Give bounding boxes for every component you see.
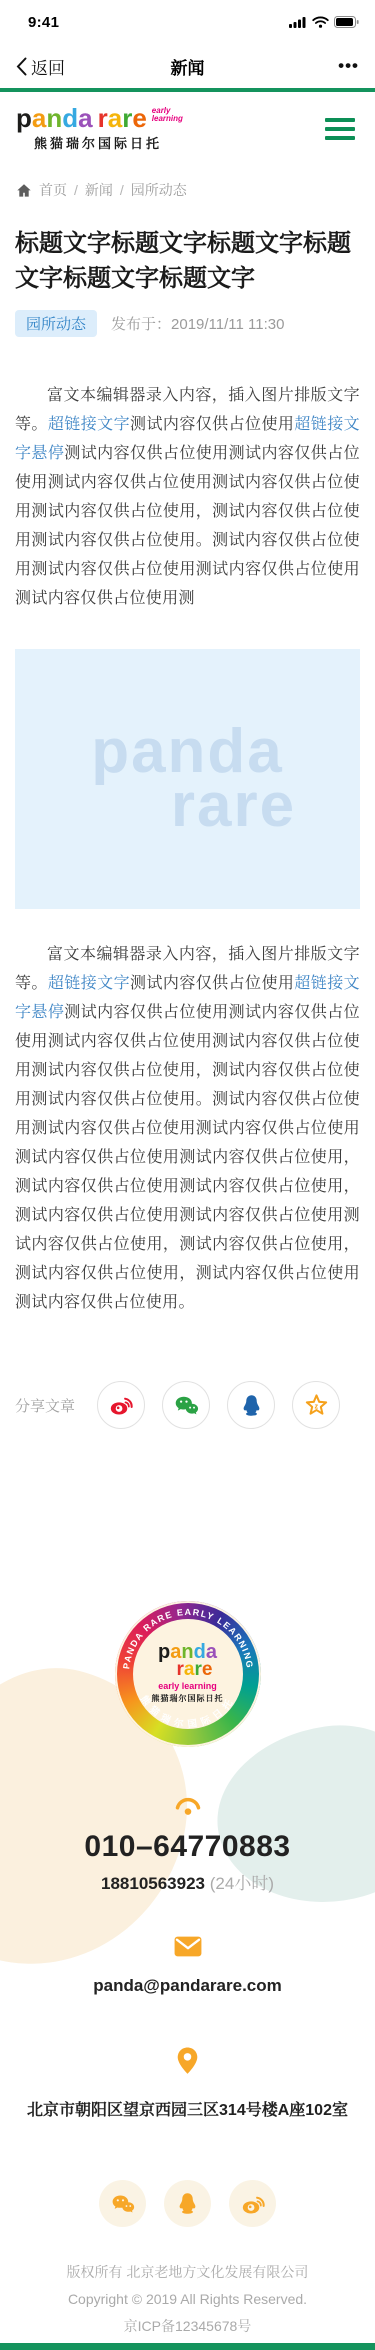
copyright: 版权所有 北京老地方文化发展有限公司 Copyright © 2019 All … xyxy=(67,2259,309,2340)
published-time: 发布于：2019/11/11 11:30 xyxy=(111,313,284,334)
nav-bar: 新闻 返回 ••• xyxy=(0,44,375,88)
envelope-icon xyxy=(174,1936,202,1957)
share-buttons: z xyxy=(97,1381,340,1429)
breadcrumb-news[interactable]: 新闻 xyxy=(85,180,113,200)
page: 9:41 新闻 返回 xyxy=(0,0,375,2350)
paragraph-1: 富文本编辑器录入内容，插入图片排版文字等。超链接文字测试内容仅供占位使用超链接文… xyxy=(15,381,360,613)
copyright-line: 京ICP备12345678号 xyxy=(67,2313,309,2340)
share-weibo-button[interactable] xyxy=(97,1381,145,1429)
copyright-line: 版权所有 北京老地方文化发展有限公司 xyxy=(67,2259,309,2286)
phone-icon-wrap xyxy=(174,1795,202,1822)
logo-wordmark: panda rare early learning xyxy=(16,106,183,130)
bottom-green-bar xyxy=(0,2343,375,2350)
breadcrumb: 首页 / 新闻 / 园所动态 xyxy=(16,180,359,200)
mail-icon-wrap xyxy=(174,1936,202,1962)
hyperlink[interactable]: 超链接文字 xyxy=(48,416,130,433)
breadcrumb-separator: / xyxy=(120,182,124,198)
share-wechat-button[interactable] xyxy=(162,1381,210,1429)
more-menu-button[interactable]: ••• xyxy=(338,56,359,76)
email-address[interactable]: panda@pandarare.com xyxy=(93,1976,282,1996)
article: 标题文字标题文字标题文字标题文字标题文字标题文字 园所动态 发布于：2019/1… xyxy=(0,226,375,1317)
footer: panda rare early learning 熊猫瑞尔国际日托 PANDA… xyxy=(0,1429,375,2340)
paragraph-text: 测试内容仅供占位使用测试内容仅供占位使用测试内容仅供占位使用测试内容仅供占位使用… xyxy=(15,1004,360,1311)
phone-secondary-note: (24小时) xyxy=(210,1874,274,1893)
paragraph-text: 测试内容仅供占位使用 xyxy=(130,416,294,433)
phone-secondary-number: 18810563923 xyxy=(101,1874,205,1893)
paragraph-text: 测试内容仅供占位使用测试内容仅供占位使用测试内容仅供占位使用测试内容仅供占位使用… xyxy=(15,445,360,607)
back-button[interactable]: 返回 xyxy=(16,54,65,79)
footer-wechat-button[interactable] xyxy=(99,2180,146,2227)
breadcrumb-home[interactable]: 首页 xyxy=(39,180,67,200)
qq-icon xyxy=(175,2191,200,2216)
status-bar: 9:41 xyxy=(0,0,375,44)
site-logo[interactable]: panda rare early learning 熊猫瑞尔国际日托 xyxy=(16,106,183,152)
wifi-icon xyxy=(312,16,329,28)
breadcrumb-current[interactable]: 园所动态 xyxy=(131,180,187,200)
company-address: 北京市朝阳区望京西园三区314号楼A座102室 xyxy=(27,2097,348,2120)
location-pin-icon xyxy=(175,2046,200,2076)
back-chevron-icon xyxy=(16,57,27,76)
copyright-line: Copyright © 2019 All Rights Reserved. xyxy=(67,2286,309,2313)
weibo-icon xyxy=(240,2191,266,2217)
paragraph-text: 测试内容仅供占位使用 xyxy=(130,975,294,992)
status-icons xyxy=(289,16,359,28)
site-header: panda rare early learning 熊猫瑞尔国际日托 xyxy=(0,92,375,166)
badge-ring-text: PANDA RARE EARLY LEARNING 熊猫瑞尔国际日托 xyxy=(115,1601,261,1747)
qq-icon xyxy=(239,1393,264,1418)
footer-social-buttons xyxy=(99,2180,276,2227)
svg-text:熊猫瑞尔国际日托: 熊猫瑞尔国际日托 xyxy=(137,1693,237,1730)
phone-number-main[interactable]: 010–64770883 xyxy=(84,1830,290,1864)
cellular-signal-icon xyxy=(289,16,307,28)
hyperlink[interactable]: 超链接文字 xyxy=(48,975,130,992)
svg-text:PANDA RARE EARLY LEARNING: PANDA RARE EARLY LEARNING xyxy=(121,1607,255,1670)
article-title: 标题文字标题文字标题文字标题文字标题文字标题文字 xyxy=(15,226,360,296)
phone-number-secondary[interactable]: 18810563923 (24小时) xyxy=(101,1869,274,1894)
article-meta: 园所动态 发布于：2019/11/11 11:30 xyxy=(15,310,360,337)
wechat-icon xyxy=(110,2191,136,2217)
logo-word-panda: panda xyxy=(16,106,93,130)
breadcrumb-separator: / xyxy=(74,182,78,198)
hamburger-menu-icon[interactable] xyxy=(321,114,359,144)
category-badge[interactable]: 园所动态 xyxy=(15,310,97,337)
home-icon xyxy=(16,183,32,198)
pin-icon-wrap xyxy=(175,2046,200,2081)
logo-chinese-name: 熊猫瑞尔国际日托 xyxy=(34,133,183,152)
weibo-icon xyxy=(108,1392,134,1418)
watermark-logo-line2: rare xyxy=(171,779,296,833)
paragraph-2: 富文本编辑器录入内容，插入图片排版文字等。超链接文字测试内容仅供占位使用超链接文… xyxy=(15,940,360,1317)
share-qq-button[interactable] xyxy=(227,1381,275,1429)
qzone-star-icon: z xyxy=(303,1392,330,1419)
share-label: 分享文章 xyxy=(15,1395,75,1416)
footer-qq-button[interactable] xyxy=(164,2180,211,2227)
logo-tagline: early learning xyxy=(152,107,183,123)
article-image-placeholder: panda rare xyxy=(15,649,360,909)
battery-icon xyxy=(334,16,359,28)
logo-word-rare: rare xyxy=(98,106,147,130)
status-time: 9:41 xyxy=(28,14,59,31)
brand-badge-logo: panda rare early learning 熊猫瑞尔国际日托 PANDA… xyxy=(115,1601,261,1747)
footer-content: panda rare early learning 熊猫瑞尔国际日托 PANDA… xyxy=(0,1429,375,2340)
footer-weibo-button[interactable] xyxy=(229,2180,276,2227)
svg-text:z: z xyxy=(314,1401,318,1410)
wechat-icon xyxy=(173,1392,200,1419)
phone-icon xyxy=(174,1795,202,1817)
back-label: 返回 xyxy=(31,54,65,79)
share-qzone-button[interactable]: z xyxy=(292,1381,340,1429)
share-section: 分享文章 xyxy=(15,1381,360,1429)
